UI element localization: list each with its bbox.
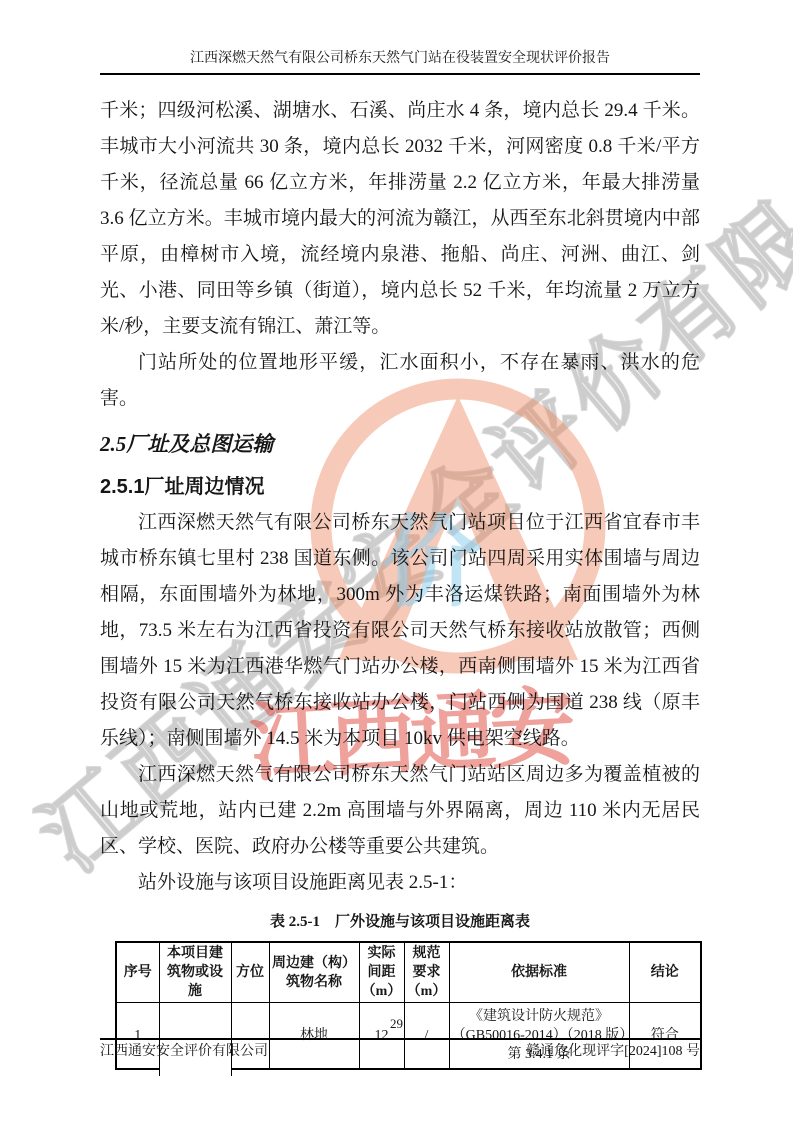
section-heading-2-5-1: 2.5.1厂址周边情况 [100, 469, 700, 505]
footer-doc-number: 赣通危化现评字[2024]108 号 [526, 1043, 700, 1061]
paragraph-table-reference: 站外设施与该项目设施距离见表 2.5-1： [100, 865, 700, 901]
body-text: 千米；四级河松溪、湖塘水、石溪、尚庄水 4 条，境内总长 29.4 千米。丰城市… [100, 93, 700, 901]
col-header-conclusion: 结论 [629, 942, 701, 1003]
table-header-row: 序号 本项目建筑物或设施 方位 周边建（构）筑物名称 实际间距（m） 规范要求（… [116, 942, 701, 1003]
page-number: 29 [0, 1016, 793, 1032]
col-header-seq: 序号 [116, 942, 159, 1003]
col-header-building: 本项目建筑物或设施 [159, 942, 231, 1003]
paragraph-terrain: 门站所处的位置地形平缓，汇水面积小，不存在暴雨、洪水的危害。 [100, 345, 700, 417]
report-header-title: 江西深燃天然气有限公司桥东天然气门站在役装置安全现状评价报告 [100, 50, 700, 75]
page-content: 江西深燃天然气有限公司桥东天然气门站在役装置安全现状评价报告 千米；四级河松溪、… [0, 0, 793, 1070]
document-page: 江西通安安全评价有限公司 价 江西通安 江西深燃天然气有限公司桥东天然气门站在役… [0, 0, 793, 1122]
col-header-direction: 方位 [231, 942, 269, 1003]
col-header-actual-distance: 实际间距（m） [359, 942, 404, 1003]
col-header-standard: 依据标准 [449, 942, 629, 1003]
col-header-required-distance: 规范要求（m） [404, 942, 449, 1003]
paragraph-rivers: 千米；四级河松溪、湖塘水、石溪、尚庄水 4 条，境内总长 29.4 千米。丰城市… [100, 93, 700, 345]
footer-company: 江西通安安全评价有限公司 [100, 1043, 268, 1061]
paragraph-site-surroundings: 江西深燃天然气有限公司桥东天然气门站项目位于江西省宜春市丰城市桥东镇七里村 23… [100, 505, 700, 757]
page-footer: 江西通安安全评价有限公司 赣通危化现评字[2024]108 号 [100, 1038, 700, 1061]
col-header-surrounding: 周边建（构）筑物名称 [269, 942, 359, 1003]
paragraph-site-area: 江西深燃天然气有限公司桥东天然气门站站区周边多为覆盖植被的山地或荒地，站内已建 … [100, 757, 700, 865]
table-caption: 表 2.5-1 厂外设施与该项目设施距离表 [100, 911, 700, 933]
section-heading-2-5: 2.5厂址及总图运输 [100, 425, 700, 463]
